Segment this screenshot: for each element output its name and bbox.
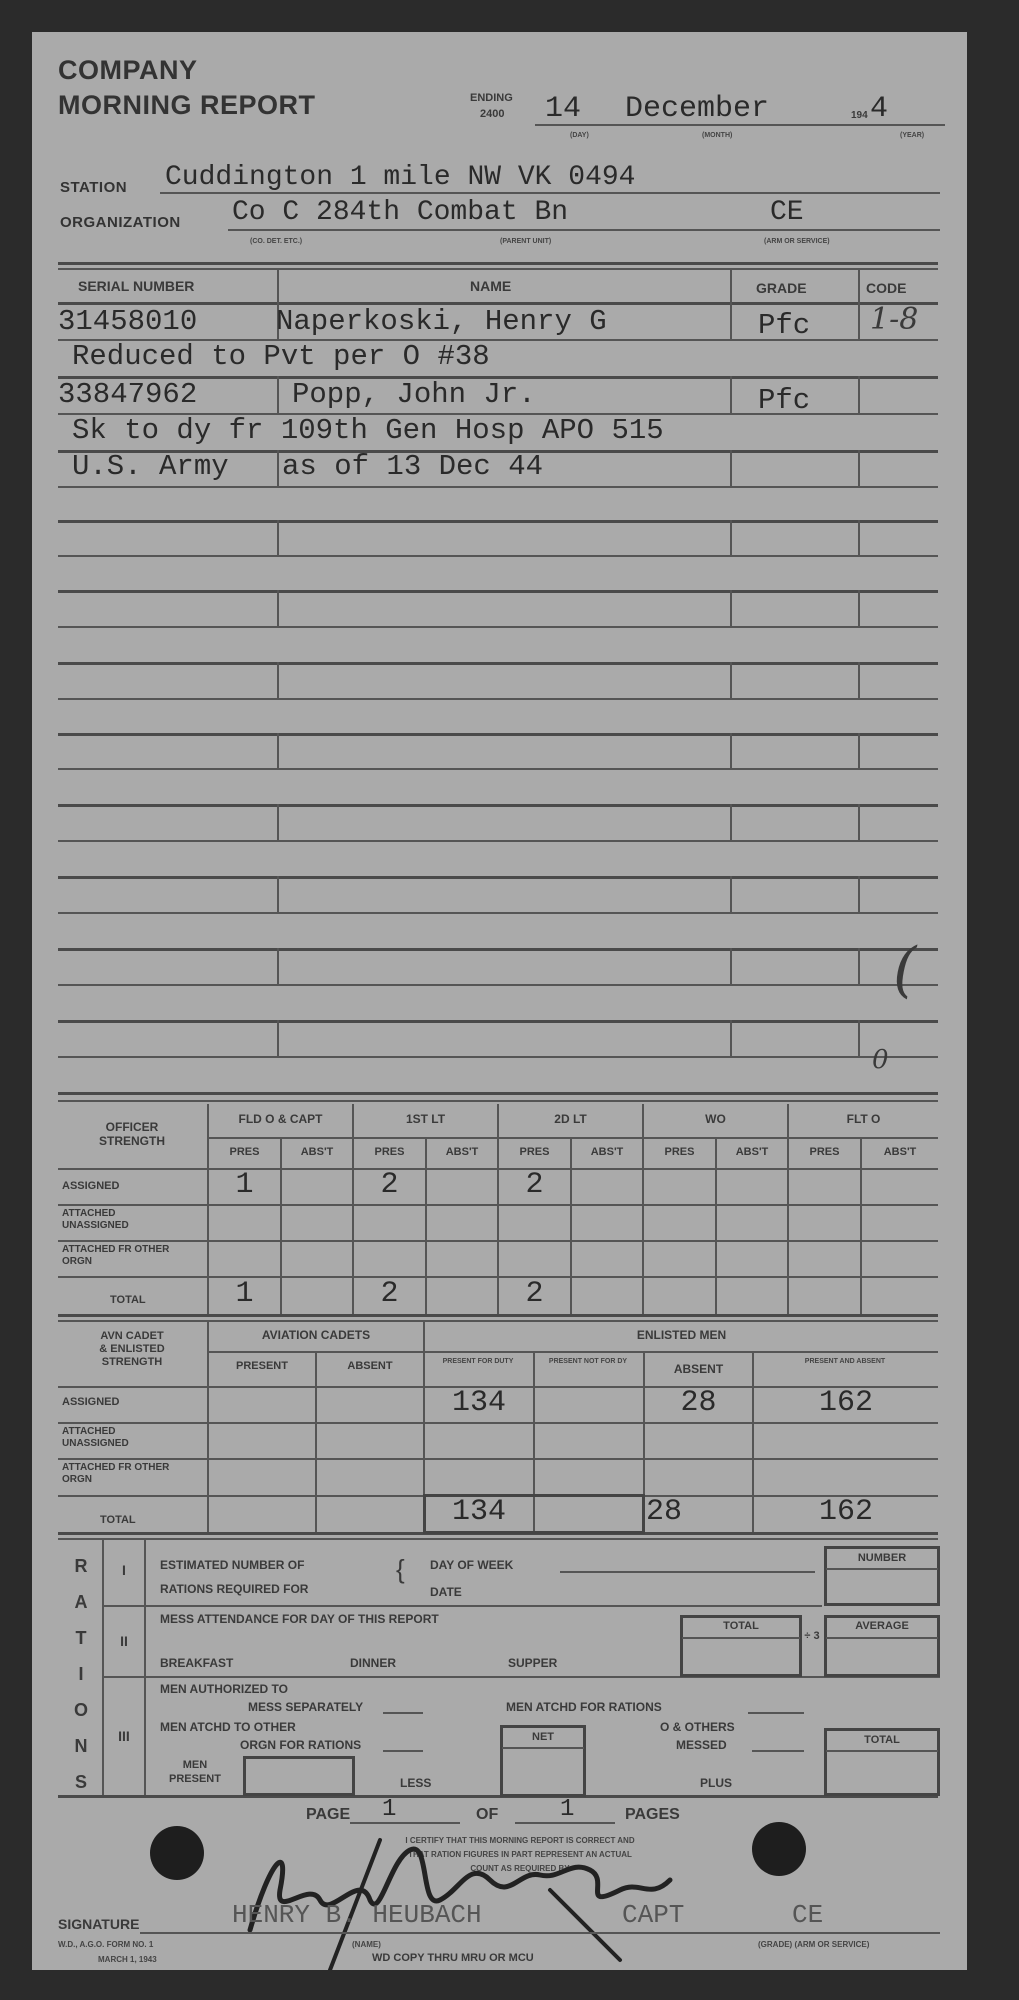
col-divider bbox=[858, 662, 860, 698]
blank-line bbox=[752, 1750, 804, 1752]
officer-group-label: WO bbox=[644, 1112, 787, 1126]
row-rule bbox=[58, 1168, 938, 1170]
enlisted-row-label: ASSIGNED bbox=[62, 1396, 119, 1408]
year-prefix: 194 bbox=[851, 110, 868, 121]
officer-value: 2 bbox=[354, 1277, 425, 1311]
sub-pres: PRES bbox=[209, 1146, 280, 1158]
officer-value: 1 bbox=[209, 1277, 280, 1311]
officer-row-label: ASSIGNED bbox=[62, 1180, 119, 1192]
dinner-label: DINNER bbox=[350, 1656, 396, 1670]
side-letter: T bbox=[62, 1620, 100, 1656]
enlisted-value: 28 bbox=[646, 1495, 682, 1529]
box-rule bbox=[826, 1637, 938, 1639]
date-underline bbox=[535, 124, 945, 126]
entry-grade: Pfc bbox=[758, 384, 810, 417]
brace-icon: { bbox=[396, 1554, 405, 1585]
col-divider bbox=[730, 662, 732, 698]
row-rule bbox=[58, 486, 938, 488]
row-rule bbox=[102, 1676, 940, 1678]
col-divider bbox=[730, 1020, 732, 1056]
col-divider bbox=[277, 520, 279, 555]
officer-row-label: ATTACHED FR OTHER ORGN bbox=[62, 1244, 182, 1268]
station-label: STATION bbox=[60, 179, 127, 196]
part-number: III bbox=[104, 1728, 144, 1744]
sub-pres: PRES bbox=[499, 1146, 570, 1158]
report-year-digit: 4 bbox=[870, 92, 888, 126]
rations-side-label: R A T I O N S bbox=[62, 1548, 100, 1800]
sub-abst: ABS'T bbox=[427, 1146, 497, 1158]
sub-abst: ABS'T bbox=[572, 1146, 642, 1158]
officer-row-label: ATTACHED UNASSIGNED bbox=[62, 1208, 182, 1232]
row-rule bbox=[58, 555, 938, 557]
signer-name: HENRY B. HEUBACH bbox=[232, 1900, 482, 1930]
number-label: NUMBER bbox=[826, 1552, 938, 1564]
other-orgn-label1: MEN ATCHD TO OTHER bbox=[160, 1720, 296, 1734]
row-rule bbox=[207, 1351, 938, 1353]
divide-by-three: ÷ 3 bbox=[800, 1630, 824, 1642]
row-rule bbox=[58, 876, 938, 879]
col-divider bbox=[102, 1540, 104, 1795]
supper-label: SUPPER bbox=[508, 1656, 557, 1670]
row-rule bbox=[58, 948, 938, 951]
col-divider bbox=[277, 590, 279, 626]
row-rule bbox=[58, 1056, 938, 1058]
mess-total-label: TOTAL bbox=[682, 1620, 800, 1632]
col-divider bbox=[570, 1138, 572, 1314]
station-value: Cuddington 1 mile NW VK 0494 bbox=[165, 162, 635, 193]
col-divider bbox=[787, 1104, 789, 1314]
col-divider bbox=[277, 876, 279, 912]
page-number: 1 bbox=[382, 1796, 396, 1823]
enlisted-title-line2: & ENLISTED bbox=[58, 1343, 206, 1356]
col-divider bbox=[858, 268, 860, 340]
blank-line bbox=[383, 1750, 423, 1752]
col-header: PRESENT FOR DUTY bbox=[430, 1356, 526, 1367]
part-number: I bbox=[104, 1562, 144, 1578]
col-header: ABSENT bbox=[317, 1360, 423, 1372]
box-rule bbox=[502, 1747, 584, 1749]
officer-value: 1 bbox=[209, 1168, 280, 1202]
side-letter: O bbox=[62, 1692, 100, 1728]
enlisted-strength-title: AVN CADET & ENLISTED STRENGTH bbox=[58, 1330, 206, 1369]
form-title-line2: MORNING REPORT bbox=[58, 90, 316, 121]
entry-name: as of 13 Dec 44 bbox=[282, 450, 543, 483]
col-divider bbox=[858, 876, 860, 912]
col-divider bbox=[425, 1138, 427, 1314]
col-divider bbox=[858, 590, 860, 626]
sub-abst: ABS'T bbox=[717, 1146, 787, 1158]
col-divider bbox=[715, 1138, 717, 1314]
row-rule bbox=[58, 984, 938, 986]
ending-time: 2400 bbox=[480, 108, 504, 120]
row-rule bbox=[58, 662, 938, 665]
day-of-week-label: DAY OF WEEK bbox=[430, 1558, 513, 1572]
sub-abst: ABS'T bbox=[282, 1146, 352, 1158]
row-rule bbox=[58, 1020, 938, 1023]
org-caption-parent: (PARENT UNIT) bbox=[500, 238, 551, 245]
day-of-week-line bbox=[560, 1571, 815, 1573]
officer-strength-title: OFFICER STRENGTH bbox=[58, 1120, 206, 1148]
enlisted-value: 162 bbox=[754, 1495, 938, 1529]
day-caption: (DAY) bbox=[570, 132, 589, 139]
col-divider bbox=[315, 1352, 317, 1532]
col-divider bbox=[277, 804, 279, 840]
year-caption: (YEAR) bbox=[900, 132, 924, 139]
sub-pres: PRES bbox=[789, 1146, 860, 1158]
side-letter: N bbox=[62, 1728, 100, 1764]
col-divider bbox=[730, 733, 732, 768]
name-caption: (NAME) bbox=[352, 1940, 381, 1949]
average-label: AVERAGE bbox=[826, 1620, 938, 1632]
col-divider bbox=[730, 268, 732, 340]
entry-remark: Sk to dy fr 109th Gen Hosp APO 515 bbox=[72, 414, 664, 447]
officer-group-label: FLD O & CAPT bbox=[209, 1112, 352, 1126]
handwritten-signature bbox=[220, 1820, 720, 1970]
breakfast-label: BREAKFAST bbox=[160, 1656, 233, 1670]
net-label: NET bbox=[502, 1731, 584, 1743]
enlisted-value: 134 bbox=[425, 1495, 533, 1529]
men-present-box bbox=[243, 1756, 355, 1796]
box-rule bbox=[826, 1568, 938, 1570]
col-divider bbox=[858, 948, 860, 984]
atchd-rations-label: MEN ATCHD FOR RATIONS bbox=[506, 1700, 662, 1714]
margin-zero-mark: 0 bbox=[872, 1045, 889, 1075]
part1-label1: ESTIMATED NUMBER OF bbox=[160, 1558, 304, 1572]
men-present-label: MEN PRESENT bbox=[150, 1758, 240, 1786]
col-divider bbox=[858, 376, 860, 413]
entry-grade: Pfc bbox=[758, 309, 810, 342]
col-divider bbox=[730, 804, 732, 840]
part-number: II bbox=[104, 1633, 144, 1649]
rations-total-label: TOTAL bbox=[826, 1734, 938, 1746]
col-divider bbox=[858, 804, 860, 840]
entries-top-rule-2 bbox=[58, 268, 938, 270]
sub-pres: PRES bbox=[644, 1146, 715, 1158]
entry-name: Naperkoski, Henry G bbox=[276, 305, 607, 338]
organization-underline bbox=[228, 229, 940, 231]
entry-remark: Reduced to Pvt per O #38 bbox=[72, 340, 490, 373]
row-rule bbox=[58, 912, 938, 914]
row-rule bbox=[58, 626, 938, 628]
row-rule bbox=[58, 1538, 938, 1540]
entry-serial: 33847962 bbox=[58, 378, 197, 411]
enlisted-value: 162 bbox=[754, 1386, 938, 1420]
mess-attendance-title: MESS ATTENDANCE FOR DAY OF THIS REPORT bbox=[160, 1612, 439, 1626]
report-day: 14 bbox=[545, 92, 581, 126]
arm-service-value: CE bbox=[770, 197, 804, 228]
col-divider bbox=[280, 1138, 282, 1314]
officer-value: 2 bbox=[499, 1277, 570, 1311]
entry-name: Popp, John Jr. bbox=[292, 378, 536, 411]
copy-note: WD COPY THRU MRU OR MCU bbox=[372, 1952, 534, 1964]
punch-hole-left bbox=[150, 1826, 204, 1880]
org-caption-co: (CO. DET. ETC.) bbox=[250, 238, 302, 245]
officer-group-label: FLT O bbox=[789, 1112, 938, 1126]
enlisted-value: 134 bbox=[425, 1386, 533, 1420]
signature-label: SIGNATURE bbox=[58, 1916, 139, 1932]
enlisted-value: 28 bbox=[645, 1386, 752, 1420]
row-rule bbox=[58, 1204, 938, 1206]
date-label: DATE bbox=[430, 1585, 462, 1599]
col-header: ABSENT bbox=[645, 1362, 752, 1376]
row-rule bbox=[58, 804, 938, 807]
col-divider bbox=[860, 1138, 862, 1314]
row-rule bbox=[58, 520, 938, 523]
auth-label1: MEN AUTHORIZED TO bbox=[160, 1682, 288, 1696]
col-divider bbox=[730, 876, 732, 912]
officer-row-label: TOTAL bbox=[110, 1294, 146, 1306]
col-divider bbox=[858, 733, 860, 768]
box-rule bbox=[682, 1637, 800, 1639]
others-label1: O & OTHERS bbox=[660, 1720, 735, 1734]
men-present-line1: MEN bbox=[150, 1758, 240, 1772]
blank-line bbox=[748, 1712, 804, 1714]
row-rule bbox=[58, 768, 938, 770]
col-divider bbox=[858, 450, 860, 486]
row-rule bbox=[207, 1137, 938, 1139]
col-divider bbox=[277, 948, 279, 984]
col-divider bbox=[277, 1020, 279, 1056]
row-rule bbox=[58, 1795, 938, 1798]
row-rule bbox=[58, 1100, 938, 1102]
row-rule bbox=[58, 733, 938, 736]
total-pages: 1 bbox=[560, 1796, 574, 1823]
enlisted-title-line3: STRENGTH bbox=[58, 1356, 206, 1369]
header-grade: GRADE bbox=[756, 280, 807, 296]
less-label: LESS bbox=[400, 1776, 431, 1790]
report-month: December bbox=[625, 92, 769, 126]
enlisted-row-label: TOTAL bbox=[100, 1514, 136, 1526]
col-divider bbox=[642, 1104, 644, 1314]
col-divider bbox=[858, 520, 860, 555]
col-divider bbox=[730, 450, 732, 486]
side-letter: S bbox=[62, 1764, 100, 1800]
col-divider bbox=[277, 376, 279, 413]
header-code: CODE bbox=[866, 280, 906, 296]
officer-value: 2 bbox=[354, 1168, 425, 1202]
col-divider bbox=[858, 1020, 860, 1056]
sub-pres: PRES bbox=[354, 1146, 425, 1158]
entries-top-rule bbox=[58, 262, 938, 265]
col-divider bbox=[730, 376, 732, 413]
auth-label2: MESS SEPARATELY bbox=[248, 1700, 363, 1714]
enlisted-row-label: ATTACHED UNASSIGNED bbox=[62, 1426, 182, 1450]
entry-code: 1-8 bbox=[870, 302, 918, 337]
enlisted-men-header: ENLISTED MEN bbox=[425, 1328, 938, 1342]
row-rule bbox=[58, 1314, 938, 1317]
col-header: PRESENT NOT FOR DY bbox=[540, 1356, 636, 1367]
col-divider bbox=[277, 733, 279, 768]
side-letter: I bbox=[62, 1656, 100, 1692]
col-divider bbox=[730, 948, 732, 984]
row-rule bbox=[102, 1605, 822, 1607]
ending-label: ENDING bbox=[470, 92, 513, 104]
form-number: W.D., A.G.O. FORM NO. 1 bbox=[58, 1940, 153, 1949]
org-caption-arm: (ARM OR SERVICE) bbox=[764, 238, 830, 245]
officer-group-label: 1ST LT bbox=[354, 1112, 497, 1126]
others-label2: MESSED bbox=[676, 1738, 727, 1752]
punch-hole-right bbox=[752, 1822, 806, 1876]
signer-arm: CE bbox=[792, 1900, 823, 1930]
side-letter: A bbox=[62, 1584, 100, 1620]
entry-serial: U.S. Army bbox=[72, 450, 229, 483]
officer-value: 2 bbox=[499, 1168, 570, 1202]
box-rule bbox=[826, 1750, 938, 1752]
form-date: MARCH 1, 1943 bbox=[98, 1955, 157, 1964]
organization-label: ORGANIZATION bbox=[60, 214, 181, 231]
row-rule bbox=[58, 590, 938, 593]
col-divider bbox=[730, 520, 732, 555]
col-divider bbox=[730, 590, 732, 626]
margin-bracket-mark: ( bbox=[893, 935, 916, 1005]
entry-serial: 31458010 bbox=[58, 305, 197, 338]
row-rule bbox=[58, 1240, 938, 1242]
header-serial: SERIAL NUMBER bbox=[78, 278, 194, 294]
station-underline bbox=[160, 192, 940, 194]
form-title-line1: COMPANY bbox=[58, 55, 198, 86]
row-rule bbox=[58, 1458, 938, 1460]
col-header: PRESENT bbox=[209, 1360, 315, 1372]
side-letter: R bbox=[62, 1548, 100, 1584]
row-rule bbox=[58, 1276, 938, 1278]
signer-grade: CAPT bbox=[622, 1900, 684, 1930]
organization-value: Co C 284th Combat Bn bbox=[232, 197, 568, 228]
other-orgn-label2: ORGN FOR RATIONS bbox=[240, 1738, 361, 1752]
col-divider bbox=[277, 662, 279, 698]
enlisted-row-label: ATTACHED FR OTHER ORGN bbox=[62, 1462, 182, 1486]
sub-abst: ABS'T bbox=[862, 1146, 938, 1158]
row-rule bbox=[58, 1422, 938, 1424]
col-divider bbox=[277, 450, 279, 486]
row-rule bbox=[58, 698, 938, 700]
col-header: PRESENT AND ABSENT bbox=[790, 1356, 900, 1367]
officer-title-line1: OFFICER bbox=[58, 1120, 206, 1134]
grade-caption: (GRADE) (ARM OR SERVICE) bbox=[758, 1940, 869, 1949]
men-present-line2: PRESENT bbox=[150, 1772, 240, 1786]
header-name: NAME bbox=[470, 278, 511, 294]
row-rule bbox=[58, 840, 938, 842]
col-divider bbox=[207, 1322, 209, 1532]
plus-label: PLUS bbox=[700, 1776, 732, 1790]
officer-group-label: 2D LT bbox=[499, 1112, 642, 1126]
signature-line bbox=[140, 1932, 940, 1934]
row-rule bbox=[58, 1320, 938, 1322]
row-rule bbox=[58, 1092, 938, 1095]
aviation-cadets-header: AVIATION CADETS bbox=[209, 1328, 423, 1342]
part1-label2: RATIONS REQUIRED FOR bbox=[160, 1582, 308, 1596]
col-divider bbox=[144, 1540, 146, 1795]
blank-line bbox=[383, 1712, 423, 1714]
enlisted-title-line1: AVN CADET bbox=[58, 1330, 206, 1343]
officer-title-line2: STRENGTH bbox=[58, 1134, 206, 1148]
month-caption: (MONTH) bbox=[702, 132, 732, 139]
